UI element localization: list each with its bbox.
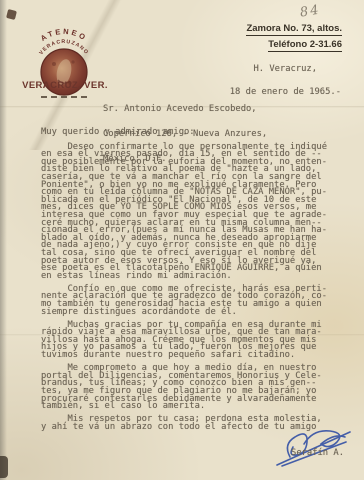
recipient-name: Sr. Antonio Acevedo Escobedo, xyxy=(103,105,267,113)
scan-edge-shadow xyxy=(0,0,7,480)
paragraph-2: Confío en que como me ofreciste, harás e… xyxy=(41,286,335,316)
scan-artifact-bottom-left xyxy=(0,456,8,478)
paragraph-3: Muchas gracias por tu compañía en esa du… xyxy=(41,322,335,360)
letterhead-city: VERACRUZ, VER. xyxy=(22,80,108,91)
scan-artifact-top-left xyxy=(6,9,17,20)
scanned-letter-page: 84 ATENEO VERACRUZANO VERACRUZ, VER. xyxy=(0,0,364,480)
handwritten-signature xyxy=(274,419,356,467)
handwritten-page-number: 84 xyxy=(299,2,322,20)
letterhead-street: Zamora No. 73, altos. xyxy=(246,23,342,36)
place-line: H. Veracruz, xyxy=(230,66,317,74)
letter-body: Muy querido y admirado amigo: Deseo conf… xyxy=(41,129,335,437)
letterhead-city-underline xyxy=(41,96,87,98)
paragraph-1: Deseo confirmarte lo que personalmente t… xyxy=(41,144,335,281)
paragraph-4: Me comprometo a que hoy a medio día, en … xyxy=(41,365,335,411)
salutation: Muy querido y admirado amigo: xyxy=(41,129,335,137)
typed-signature-name: Serafín A. xyxy=(291,450,344,458)
